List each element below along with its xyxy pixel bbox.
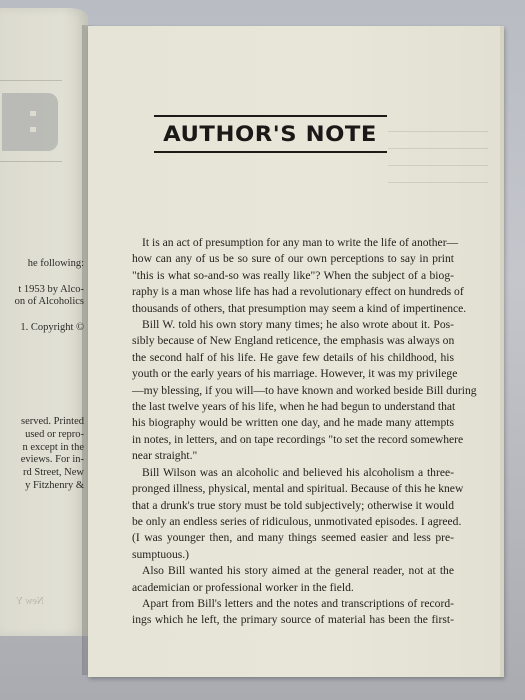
publisher-logo-frame — [0, 80, 62, 162]
body-line: pronged illness, physical, mental and sp… — [132, 481, 454, 497]
left-line: n except in the — [0, 442, 84, 455]
body-line: in notes, in letters, and on tape record… — [132, 432, 454, 448]
left-line: 1. Copyright © — [0, 322, 84, 335]
open-book-photo: he following: t 1953 by Alco- on of Alco… — [0, 0, 525, 700]
left-line: eviews. For in- — [0, 454, 84, 467]
body-line: be only an endless series of ridiculous,… — [132, 514, 454, 530]
left-line: served. Printed — [0, 416, 84, 429]
body-line: sumptuous.) — [132, 547, 454, 563]
copyright-text-bottom: served. Printed used or repro- n except … — [0, 416, 88, 493]
publisher-logo-icon — [2, 93, 58, 151]
body-line: —my blessing, if you will—to have known … — [132, 383, 454, 399]
right-page: AUTHOR'S NOTE It is an act of presumptio… — [88, 26, 504, 677]
body-line: his biography would be written one day, … — [132, 415, 454, 431]
chapter-heading: AUTHOR'S NOTE — [154, 115, 387, 153]
body-line: sibly because of New England reticence, … — [132, 333, 454, 349]
bleed-through-line — [388, 148, 488, 149]
body-line: how can any of us be so sure of our own … — [132, 251, 454, 267]
left-line: y Fitzhenry & — [0, 480, 84, 493]
left-line: used or repro- — [0, 429, 84, 442]
body-line: ings which he left, the primary source o… — [132, 612, 454, 628]
left-line: he following: — [0, 258, 84, 271]
body-line: the second half of his life. He gave few… — [132, 350, 454, 366]
bleed-through-line — [388, 182, 488, 183]
bleed-through-line — [388, 165, 488, 166]
body-line: youth or the early years of his marriage… — [132, 366, 454, 382]
body-line: that a drunk's true story must be told s… — [132, 498, 454, 514]
left-line: t 1953 by Alco- — [0, 284, 84, 297]
left-line — [0, 309, 84, 322]
body-line: "this is what so-and-so was really like"… — [132, 268, 454, 284]
body-line: It is an act of presumption for any man … — [132, 235, 454, 251]
body-line: raphy is a man whose life has had a revo… — [132, 284, 454, 300]
left-line: on of Alcoholics — [0, 296, 84, 309]
body-line: (I was younger then, and many things see… — [132, 530, 454, 546]
left-line — [0, 271, 84, 284]
left-line: rd Street, New — [0, 467, 84, 480]
left-page: he following: t 1953 by Alco- on of Alco… — [0, 8, 88, 636]
body-line: Apart from Bill's letters and the notes … — [132, 596, 454, 612]
body-line: academician or professional worker in th… — [132, 580, 454, 596]
bleed-through-text: New Y — [0, 596, 44, 607]
bleed-through-line — [388, 131, 488, 132]
body-line: Bill W. told his own story many times; h… — [132, 317, 454, 333]
body-text: It is an act of presumption for any man … — [132, 235, 454, 629]
body-line: Also Bill wanted his story aimed at the … — [132, 563, 454, 579]
body-line: Bill Wilson was an alcoholic and believe… — [132, 465, 454, 481]
page-title: AUTHOR'S NOTE — [164, 117, 378, 151]
body-line: near straight." — [132, 448, 454, 464]
body-line: the last twelve years of his life, when … — [132, 399, 454, 415]
copyright-text-top: he following: t 1953 by Alco- on of Alco… — [0, 258, 88, 335]
body-line: thousands of others, that presumption ma… — [132, 301, 454, 317]
